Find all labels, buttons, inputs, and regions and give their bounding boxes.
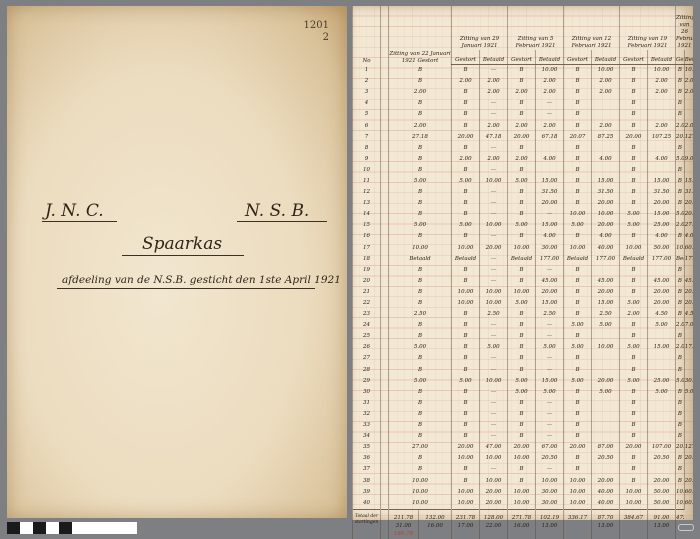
spacer-cell xyxy=(381,209,389,220)
carried-cell: 5.00 xyxy=(389,376,452,387)
paid-cell xyxy=(648,143,676,154)
paid-cell xyxy=(684,431,693,442)
paid-cell: 107.25 xyxy=(648,132,676,143)
paid-cell: — xyxy=(480,109,508,120)
deposited-cell: B xyxy=(676,265,685,276)
paid-cell: — xyxy=(480,254,508,265)
paid-cell: — xyxy=(536,420,564,431)
totals-cell: 336.17 xyxy=(564,509,592,539)
ledger-body: 1BB—B10.00B10.00B10.00B10.002B2.002.00B2… xyxy=(353,65,694,510)
deposited-cell: B xyxy=(564,353,592,364)
totals-row: Totaal der stortingen 211.78 31.00 180.7… xyxy=(353,509,694,539)
paid-cell xyxy=(592,109,620,120)
paid-cell: 177.00 xyxy=(536,254,564,265)
deposited-cell: B xyxy=(620,409,648,420)
totals-value: 87.70 xyxy=(592,514,619,522)
paid-cell: — xyxy=(480,464,508,475)
paid-cell: 20.00 xyxy=(592,220,620,231)
deposited-cell: 20.00 xyxy=(620,442,648,453)
deposited-cell: B xyxy=(452,187,480,198)
table-row: 8BB—BBBB xyxy=(353,143,694,154)
deposited-cell: 20.00 xyxy=(452,442,480,453)
calibration-swatch xyxy=(33,522,46,534)
paid-cell: 20.00 xyxy=(480,487,508,498)
table-row: 32BB—B—BBB xyxy=(353,409,694,420)
deposited-cell: B xyxy=(452,265,480,276)
deposited-cell: B xyxy=(620,154,648,165)
deposited-cell: B xyxy=(676,420,685,431)
paid-cell: — xyxy=(480,276,508,287)
deposited-cell: B xyxy=(620,398,648,409)
paid-cell: — xyxy=(480,398,508,409)
table-row: 27BB—B—BBB xyxy=(353,353,694,364)
left-page: 1201 2 J. N. C. N. S. B. Spaarkas afdeel… xyxy=(7,6,347,518)
row-number: 11 xyxy=(353,176,381,187)
paid-cell: — xyxy=(536,320,564,331)
paid-cell: 177.00 xyxy=(684,254,693,265)
deposited-cell: B xyxy=(620,287,648,298)
paid-cell: — xyxy=(480,231,508,242)
totals-value: 336.17 xyxy=(564,514,591,522)
paid-cell: 5.00 xyxy=(536,342,564,353)
paid-cell: 67.00 xyxy=(536,442,564,453)
paid-cell: 5.00 xyxy=(480,342,508,353)
totals-cell: 271.7816.00 xyxy=(508,509,536,539)
paid-cell: 20.00 xyxy=(684,209,693,220)
deposited-cell: 2.00 xyxy=(676,220,685,231)
deposited-cell: 2.00 xyxy=(676,120,685,131)
paid-cell: — xyxy=(536,331,564,342)
paid-cell: — xyxy=(480,353,508,364)
table-row: 36B10.0010.0010.0020.50B20.50B20.50B20.5… xyxy=(353,453,694,464)
carried-cell: B xyxy=(389,331,452,342)
table-row: 14BB—B—10.0010.005.0015.005.0020.00 xyxy=(353,209,694,220)
spacer-cell xyxy=(381,220,389,231)
paid-cell: 10.00 xyxy=(480,475,508,486)
folio-number: 2 xyxy=(304,32,329,44)
paid-cell: 60.00 xyxy=(684,243,693,254)
spacer-cell xyxy=(381,409,389,420)
deposited-cell: B xyxy=(676,109,685,120)
paid-cell: 2.00 xyxy=(648,87,676,98)
row-number: 32 xyxy=(353,409,381,420)
table-row: 5BB—B—BBB xyxy=(353,109,694,120)
paid-cell xyxy=(648,265,676,276)
paid-cell: 10.00 xyxy=(480,220,508,231)
deposited-cell: B xyxy=(620,365,648,376)
deposited-cell: B xyxy=(620,453,648,464)
color-calibration-bar xyxy=(7,522,137,534)
deposited-cell: B xyxy=(508,365,536,376)
table-row: 20BB—B45.00B45.00B45.00B45.00 xyxy=(353,276,694,287)
deposited-cell: 5.00 xyxy=(676,209,685,220)
deposited-cell: 2.00 xyxy=(620,309,648,320)
table-row: 155.005.0010.005.0015.005.0020.005.0025.… xyxy=(353,220,694,231)
spacer-cell xyxy=(381,265,389,276)
deposited-cell: B xyxy=(452,309,480,320)
deposited-cell: B xyxy=(564,143,592,154)
paid-cell xyxy=(684,331,693,342)
paid-cell: 9.00 xyxy=(684,154,693,165)
deposited-cell: B xyxy=(452,331,480,342)
spacer-cell xyxy=(381,398,389,409)
deposited-cell: Betaald xyxy=(676,254,685,265)
deposited-cell: 10.00 xyxy=(452,498,480,510)
table-row: 22B10.0010.005.0015.00B15.005.0020.00B20… xyxy=(353,298,694,309)
paid-cell: 60.00 xyxy=(684,498,693,510)
deposited-cell: B xyxy=(620,320,648,331)
deposited-cell: B xyxy=(676,276,685,287)
totals-cell: 102.1913.00 xyxy=(536,509,564,539)
paid-cell: 127.25 xyxy=(684,132,693,143)
row-number: 39 xyxy=(353,487,381,498)
deposited-cell: B xyxy=(676,176,685,187)
carried-cell: B xyxy=(389,464,452,475)
paid-cell: 20.00 xyxy=(480,498,508,510)
spacer-cell xyxy=(381,132,389,143)
deposited-cell: B xyxy=(452,231,480,242)
underline xyxy=(237,221,327,222)
carried-cell: 27.18 xyxy=(389,132,452,143)
deposited-cell: 5.00 xyxy=(620,376,648,387)
calibration-swatch xyxy=(7,522,20,534)
spacer-cell xyxy=(381,109,389,120)
deposited-cell: B xyxy=(564,265,592,276)
paid-cell: 2.00 xyxy=(648,76,676,87)
table-row: 19BB—B—BBB xyxy=(353,265,694,276)
deposited-cell: B xyxy=(564,198,592,209)
paid-cell: 4.00 xyxy=(536,231,564,242)
deposited-cell: B xyxy=(508,431,536,442)
deposited-cell: B xyxy=(564,464,592,475)
spacer-cell xyxy=(381,231,389,242)
deposited-cell: 5.00 xyxy=(620,342,648,353)
deposited-cell: B xyxy=(452,120,480,131)
paid-cell xyxy=(684,464,693,475)
paid-cell xyxy=(648,409,676,420)
deposited-cell: 10.00 xyxy=(452,453,480,464)
totals-carried-value: 211.78 xyxy=(389,514,418,522)
paid-cell: 10.00 xyxy=(536,65,564,77)
paid-cell: 177.00 xyxy=(592,254,620,265)
spacer-cell xyxy=(381,342,389,353)
paid-cell: 5.00 xyxy=(592,320,620,331)
paid-cell: 31.50 xyxy=(592,187,620,198)
paid-cell: 20.50 xyxy=(536,453,564,464)
deposited-cell: B xyxy=(508,353,536,364)
deposited-cell: B xyxy=(676,87,685,98)
table-row: 32.00B2.002.002.00B2.00B2.00B2.00 xyxy=(353,87,694,98)
deposited-cell: 10.00 xyxy=(508,243,536,254)
totals-value: 475.67 xyxy=(676,514,684,522)
document-subtitle: afdeeling van de N.S.B. gesticht den 1st… xyxy=(62,274,341,286)
row-number: 19 xyxy=(353,265,381,276)
table-row: 25BB—B—BBB xyxy=(353,331,694,342)
header-carried: Zitting van 22 Januari 1921 Gestort xyxy=(389,6,452,65)
deposited-cell: B xyxy=(676,98,685,109)
paid-cell xyxy=(648,109,676,120)
deposited-cell: 5.00 xyxy=(676,376,685,387)
paid-cell xyxy=(648,165,676,176)
paid-cell: — xyxy=(536,265,564,276)
table-row: 37BB—B—BBB xyxy=(353,464,694,475)
table-row: 24BB—B—5.005.00B5.002.007.00 xyxy=(353,320,694,331)
deposited-cell: B xyxy=(452,109,480,120)
totals-cell: 128.0022.00 xyxy=(480,509,508,539)
deposited-cell: Betaald xyxy=(452,254,480,265)
table-row: 34BB—B—BBB xyxy=(353,431,694,442)
header-session-1: Zitting van 29 Januari 1921 xyxy=(452,6,508,50)
deposited-cell: 5.00 xyxy=(564,320,592,331)
totals-sub: 17.00 xyxy=(452,522,479,530)
deposited-cell: B xyxy=(620,231,648,242)
spacer-cell xyxy=(381,353,389,364)
deposited-cell: B xyxy=(564,409,592,420)
deposited-cell: B xyxy=(564,365,592,376)
totals-value: 231.78 xyxy=(452,514,479,522)
deposited-cell: 5.00 xyxy=(508,176,536,187)
deposited-cell: 5.00 xyxy=(564,220,592,231)
initials-left: J. N. C. xyxy=(45,201,104,221)
row-number: 16 xyxy=(353,231,381,242)
deposited-cell: 10.00 xyxy=(564,498,592,510)
paid-cell: 15.00 xyxy=(536,176,564,187)
totals-label: Totaal der stortingen xyxy=(353,509,381,539)
paid-cell: 20.00 xyxy=(684,287,693,298)
archive-number-stamp: 1201 2 xyxy=(304,20,329,44)
deposited-cell: 5.00 xyxy=(676,154,685,165)
deposited-cell: B xyxy=(508,320,536,331)
paid-cell: 17.00 xyxy=(684,342,693,353)
row-number: 27 xyxy=(353,353,381,364)
row-number: 37 xyxy=(353,464,381,475)
table-row: 295.005.0010.005.0015.005.0020.005.0025.… xyxy=(353,376,694,387)
row-number: 12 xyxy=(353,187,381,198)
paid-cell: — xyxy=(536,209,564,220)
deposited-cell: B xyxy=(508,265,536,276)
paid-cell: 20.00 xyxy=(684,298,693,309)
deposited-cell: B xyxy=(676,65,685,77)
deposited-cell: B xyxy=(620,464,648,475)
paid-cell: — xyxy=(480,198,508,209)
carried-cell: 10.00 xyxy=(389,475,452,486)
paid-cell xyxy=(648,464,676,475)
paid-cell: 10.00 xyxy=(480,298,508,309)
paid-cell xyxy=(648,431,676,442)
deposited-cell: 5.00 xyxy=(508,387,536,398)
table-row: 232.50B2.50B2.50B2.502.004.50B4.50 xyxy=(353,309,694,320)
deposited-cell: B xyxy=(620,187,648,198)
paid-cell: — xyxy=(536,431,564,442)
spacer-cell xyxy=(381,309,389,320)
table-row: 30BB—5.005.00B5.00B5.00B5.00 xyxy=(353,387,694,398)
totals-sub: 13.00 xyxy=(592,522,619,530)
paid-cell: — xyxy=(480,165,508,176)
spacer-cell xyxy=(381,65,389,77)
paid-cell: 127.00 xyxy=(684,442,693,453)
paid-cell: — xyxy=(480,431,508,442)
deposited-cell: 10.00 xyxy=(508,287,536,298)
paid-cell: 2.00 xyxy=(536,120,564,131)
deposited-cell: B xyxy=(452,342,480,353)
header-deposited: Gestort xyxy=(676,50,685,65)
deposited-cell: B xyxy=(564,331,592,342)
deposited-cell: 5.00 xyxy=(452,220,480,231)
deposited-cell: B xyxy=(620,120,648,131)
deposited-cell: B xyxy=(620,353,648,364)
deposited-cell: B xyxy=(564,176,592,187)
paid-cell: 4.50 xyxy=(684,309,693,320)
carried-cell: B xyxy=(389,420,452,431)
carried-cell: B xyxy=(389,76,452,87)
deposited-cell: B xyxy=(676,198,685,209)
deposited-cell: B xyxy=(452,65,480,77)
totals-value: 132.00 xyxy=(419,514,451,522)
carried-cell: B xyxy=(389,431,452,442)
totals-cell: 87.7013.00 xyxy=(592,509,620,539)
deposited-cell: B xyxy=(564,298,592,309)
deposited-cell: B xyxy=(564,154,592,165)
deposited-cell: B xyxy=(508,198,536,209)
carried-cell: B xyxy=(389,409,452,420)
deposited-cell: B xyxy=(508,309,536,320)
row-number: 21 xyxy=(353,287,381,298)
totals-cell: 132.0016.00 xyxy=(419,509,452,539)
deposited-cell: B xyxy=(452,431,480,442)
deposited-cell: B xyxy=(676,353,685,364)
deposited-cell: 10.00 xyxy=(452,487,480,498)
deposited-cell: B xyxy=(452,209,480,220)
paid-cell xyxy=(648,331,676,342)
header-number: No xyxy=(353,6,381,65)
spacer-cell xyxy=(381,487,389,498)
spacer-cell xyxy=(381,376,389,387)
calibration-swatch xyxy=(46,522,59,534)
deposited-cell: B xyxy=(508,65,536,77)
carried-cell: 5.00 xyxy=(389,220,452,231)
deposited-cell: B xyxy=(676,298,685,309)
spacer-cell xyxy=(381,254,389,265)
calibration-swatch xyxy=(72,522,137,534)
paid-cell xyxy=(592,398,620,409)
paid-cell: 2.00 xyxy=(592,76,620,87)
paid-cell xyxy=(684,143,693,154)
row-number: 9 xyxy=(353,154,381,165)
paid-cell: 60.00 xyxy=(684,487,693,498)
paid-cell xyxy=(684,109,693,120)
deposited-cell: 2.00 xyxy=(676,320,685,331)
deposited-cell: B xyxy=(508,165,536,176)
deposited-cell: 20.00 xyxy=(508,132,536,143)
paid-cell xyxy=(592,265,620,276)
paid-cell: 20.00 xyxy=(592,475,620,486)
paid-cell: — xyxy=(536,464,564,475)
paid-cell: — xyxy=(480,331,508,342)
resize-handle-icon[interactable] xyxy=(678,524,694,531)
header-deposited: Gestort xyxy=(620,50,648,65)
deposited-cell: B xyxy=(676,143,685,154)
deposited-cell: B xyxy=(508,231,536,242)
deposited-cell: B xyxy=(676,309,685,320)
paid-cell: 2.00 xyxy=(684,76,693,87)
carried-cell: B xyxy=(389,109,452,120)
paid-cell: 4.00 xyxy=(684,231,693,242)
paid-cell: 5.00 xyxy=(648,320,676,331)
paid-cell xyxy=(684,165,693,176)
deposited-cell: B xyxy=(564,65,592,77)
carried-cell: B xyxy=(389,143,452,154)
deposited-cell: B xyxy=(452,143,480,154)
deposited-cell: B xyxy=(508,143,536,154)
paid-cell: 2.00 xyxy=(480,76,508,87)
paid-cell: 20.00 xyxy=(480,243,508,254)
row-number: 15 xyxy=(353,220,381,231)
paid-cell: 31.50 xyxy=(684,187,693,198)
carried-cell: Betaald xyxy=(389,254,452,265)
paid-cell: 25.00 xyxy=(648,220,676,231)
paid-cell: 15.00 xyxy=(648,209,676,220)
carried-cell: B xyxy=(389,453,452,464)
carried-cell: B xyxy=(389,276,452,287)
row-number: 14 xyxy=(353,209,381,220)
header-spacer xyxy=(381,6,389,65)
header-deposited: Gestort xyxy=(564,50,592,65)
ledger-table: No Zitting van 22 Januari 1921 Gestort Z… xyxy=(352,6,693,539)
deposited-cell: 2.00 xyxy=(508,154,536,165)
deposited-cell: B xyxy=(508,420,536,431)
deposited-cell: 20.00 xyxy=(564,442,592,453)
paid-cell: 47.00 xyxy=(480,442,508,453)
deposited-cell: B xyxy=(452,353,480,364)
deposited-cell: B xyxy=(564,287,592,298)
paid-cell: 15.00 xyxy=(592,298,620,309)
paid-cell: 10.00 xyxy=(592,209,620,220)
spacer-cell xyxy=(381,365,389,376)
paid-cell: 30.00 xyxy=(536,487,564,498)
paid-cell: 4.00 xyxy=(648,231,676,242)
paid-cell: 40.00 xyxy=(592,498,620,510)
deposited-cell: 20.07 xyxy=(564,132,592,143)
paid-cell: 10.00 xyxy=(592,342,620,353)
row-number: 7 xyxy=(353,132,381,143)
paid-cell xyxy=(684,409,693,420)
deposited-cell: B xyxy=(620,165,648,176)
row-number: 24 xyxy=(353,320,381,331)
totals-cell: 384.67 xyxy=(620,509,648,539)
paid-cell: 40.00 xyxy=(592,243,620,254)
paid-cell: 2.00 xyxy=(480,120,508,131)
deposited-cell: B xyxy=(508,475,536,486)
paid-cell: 2.50 xyxy=(536,309,564,320)
deposited-cell: 20.00 xyxy=(508,442,536,453)
deposited-cell: B xyxy=(564,398,592,409)
deposited-cell: B xyxy=(452,98,480,109)
table-row: 2B2.002.00B2.00B2.00B2.00B2.00 xyxy=(353,76,694,87)
deposited-cell: B xyxy=(508,331,536,342)
carried-cell: 10.00 xyxy=(389,243,452,254)
paid-cell: 177.00 xyxy=(648,254,676,265)
deposited-cell: B xyxy=(620,420,648,431)
carried-cell: B xyxy=(389,298,452,309)
paid-cell: — xyxy=(480,420,508,431)
paid-cell: — xyxy=(536,353,564,364)
row-number: 30 xyxy=(353,387,381,398)
deposited-cell: B xyxy=(452,87,480,98)
deposited-cell: 10.00 xyxy=(508,453,536,464)
paid-cell: — xyxy=(480,320,508,331)
deposited-cell: 10.00 xyxy=(452,287,480,298)
row-number: 31 xyxy=(353,398,381,409)
